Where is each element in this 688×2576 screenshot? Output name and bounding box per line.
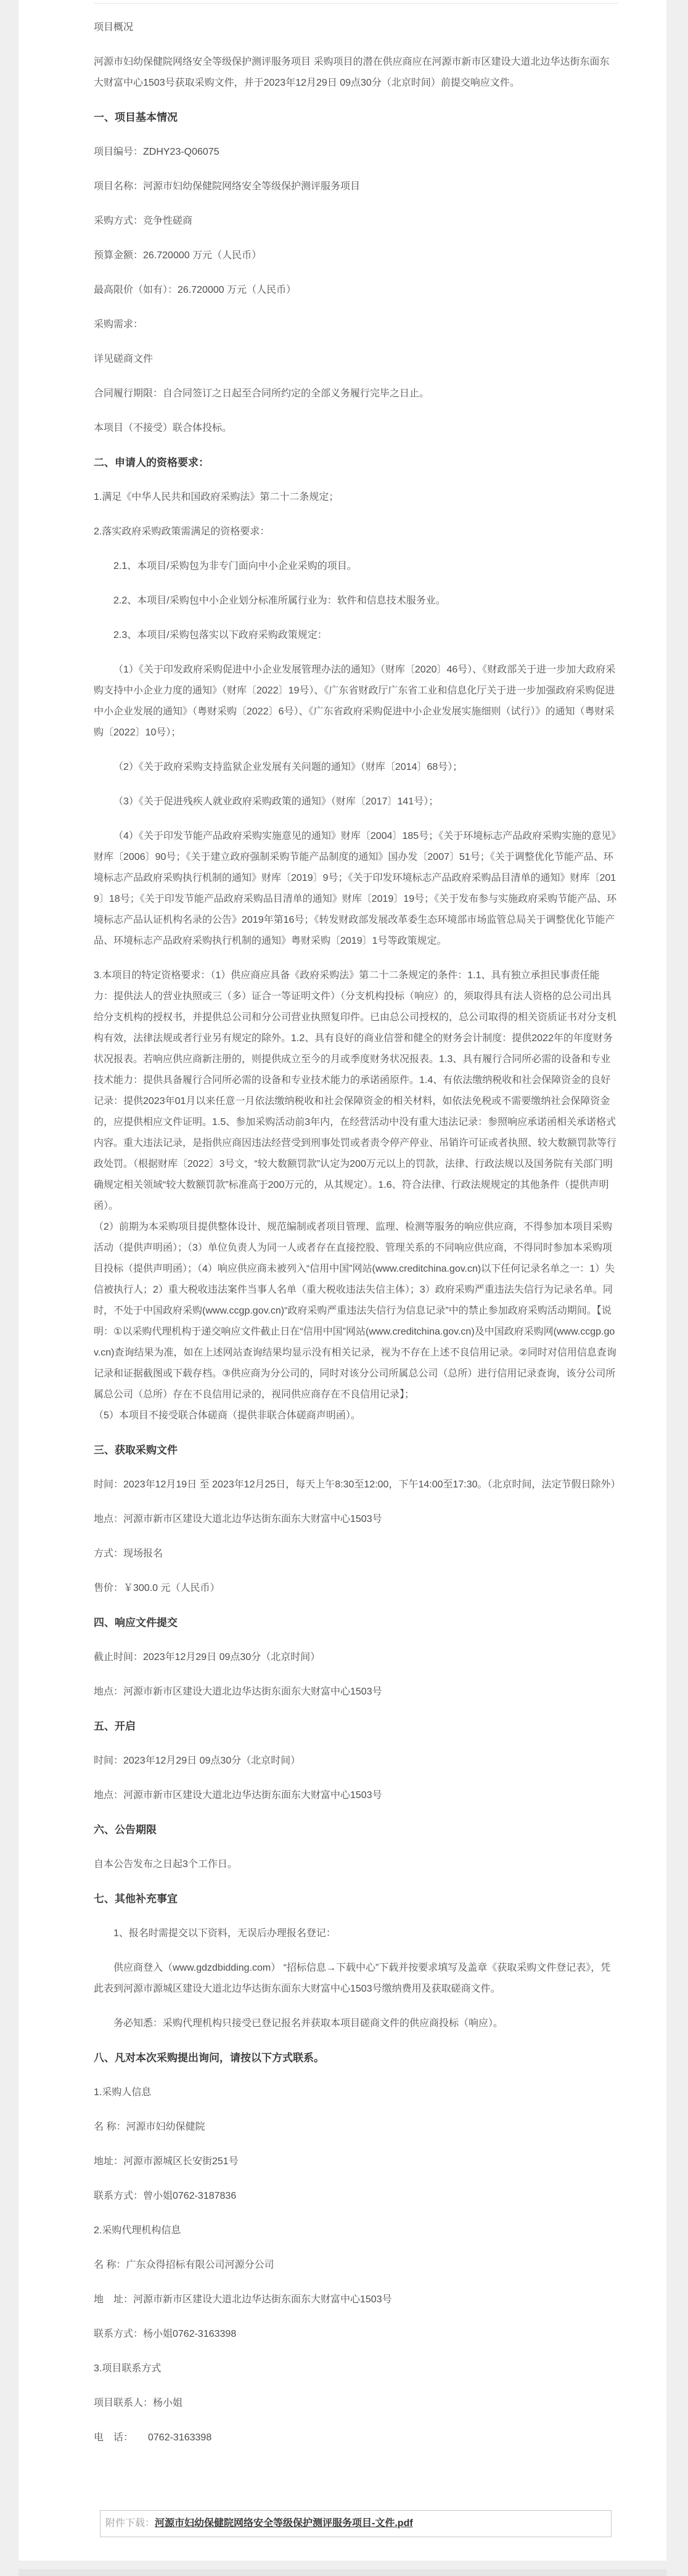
paragraph: 3.本项目的特定资格要求：（1）供应商应具备《政府采购法》第二十二条规定的条件：… bbox=[94, 965, 618, 1426]
footer-bar bbox=[18, 2569, 666, 2576]
paragraph: 地点：河源市新市区建设大道北边华达街东面东大财富中心1503号 bbox=[94, 1509, 618, 1530]
paragraph: 2.2、本项目/采购包中小企业划分标准所属行业为：软件和信息技术服务业。 bbox=[94, 591, 618, 611]
paragraph: 联系方式：杨小姐0762-3163398 bbox=[94, 2324, 618, 2345]
attachment-box: 附件下载：河源市妇幼保健院网络安全等级保护测评服务项目-文件.pdf bbox=[100, 2510, 612, 2537]
paragraph: 详见磋商文件 bbox=[94, 349, 618, 370]
announcement-page: 项目概况河源市妇幼保健院网络安全等级保护测评服务项目 采购项目的潜在供应商应在河… bbox=[18, 0, 666, 2561]
section-heading: 四、响应文件提交 bbox=[94, 1613, 618, 1634]
paragraph: 采购方式：竞争性磋商 bbox=[94, 211, 618, 232]
paragraph: 时间：2023年12月19日 至 2023年12月25日，每天上午8:30至12… bbox=[94, 1474, 618, 1495]
paragraph: 联系方式：曾小姐0762-3187836 bbox=[94, 2186, 618, 2207]
paragraph: 1、报名时需提交以下资料，无误后办理报名登记： bbox=[94, 1923, 618, 1944]
paragraph: 务必知悉：采购代理机构只接受已登记报名并获取本项目磋商文件的供应商投标（响应）。 bbox=[94, 2013, 618, 2034]
paragraph: 合同履行期限：自合同签订之日起至合同所约定的全部义务履行完毕之日止。 bbox=[94, 383, 618, 404]
paragraph: （2）《关于政府采购支持监狱企业发展有关问题的通知》（财库〔2014〕68号）； bbox=[94, 757, 618, 778]
section-heading: 二、申请人的资格要求： bbox=[94, 452, 618, 473]
paragraph: 名 称：广东众得招标有限公司河源分公司 bbox=[94, 2255, 618, 2276]
paragraph: 预算金额：26.720000 万元（人民币） bbox=[94, 245, 618, 266]
paragraph: （1）《关于印发政府采购促进中小企业发展管理办法的通知》（财库〔2020〕46号… bbox=[94, 660, 618, 743]
announcement-body: 项目概况河源市妇幼保健院网络安全等级保护测评服务项目 采购项目的潜在供应商应在河… bbox=[94, 17, 618, 2448]
top-divider bbox=[94, 3, 618, 4]
paragraph: 1.采购人信息 bbox=[94, 2082, 618, 2103]
paragraph: 最高限价（如有）：26.720000 万元（人民币） bbox=[94, 280, 618, 301]
paragraph: 地点：河源市新市区建设大道北边华达街东面东大财富中心1503号 bbox=[94, 1682, 618, 1703]
paragraph: （4）《关于印发节能产品政府采购实施意见的通知》财库〔2004〕185号；《关于… bbox=[94, 826, 618, 952]
paragraph: 地 址：河源市新市区建设大道北边华达街东面东大财富中心1503号 bbox=[94, 2289, 618, 2310]
section-heading: 一、项目基本情况 bbox=[94, 107, 618, 128]
paragraph: 3.项目联系方式 bbox=[94, 2358, 618, 2379]
paragraph: 地点：河源市新市区建设大道北边华达街东面东大财富中心1503号 bbox=[94, 1785, 618, 1806]
paragraph: 2.3、本项目/采购包落实以下政府采购政策规定： bbox=[94, 625, 618, 646]
section-heading: 七、其他补充事宜 bbox=[94, 1889, 618, 1910]
paragraph: 河源市妇幼保健院网络安全等级保护测评服务项目 采购项目的潜在供应商应在河源市新市… bbox=[94, 52, 618, 94]
paragraph: 项目概况 bbox=[94, 17, 618, 38]
paragraph: 方式：现场报名 bbox=[94, 1544, 618, 1564]
paragraph: 供应商登入（www.gdzdbidding.com） “招标信息→下载中心”下载… bbox=[94, 1958, 618, 2000]
paragraph: 2.采购代理机构信息 bbox=[94, 2220, 618, 2241]
paragraph: 1.满足《中华人民共和国政府采购法》第二十二条规定； bbox=[94, 487, 618, 508]
section-heading: 八、凡对本次采购提出询问，请按以下方式联系。 bbox=[94, 2048, 618, 2069]
paragraph: 名 称：河源市妇幼保健院 bbox=[94, 2117, 618, 2138]
paragraph: 本项目（不接受）联合体投标。 bbox=[94, 418, 618, 439]
paragraph: 2.1、本项目/采购包为非专门面向中小企业采购的项目。 bbox=[94, 556, 618, 577]
paragraph: 项目编号：ZDHY23-Q06075 bbox=[94, 142, 618, 163]
section-heading: 三、获取采购文件 bbox=[94, 1440, 618, 1461]
attachment-link[interactable]: 河源市妇幼保健院网络安全等级保护测评服务项目-文件.pdf bbox=[155, 2518, 413, 2529]
section-heading: 五、开启 bbox=[94, 1716, 618, 1737]
paragraph: 截止时间：2023年12月29日 09点30分（北京时间） bbox=[94, 1647, 618, 1668]
paragraph: 售价：￥300.0 元（人民币） bbox=[94, 1578, 618, 1599]
paragraph: 电 话： 0762-3163398 bbox=[94, 2427, 618, 2448]
attachment-label: 附件下载： bbox=[105, 2518, 155, 2529]
paragraph: 2.落实政府采购政策需满足的资格要求： bbox=[94, 521, 618, 542]
section-heading: 六、公告期限 bbox=[94, 1820, 618, 1841]
paragraph: 地址：河源市源城区长安街251号 bbox=[94, 2151, 618, 2172]
paragraph: 项目名称：河源市妇幼保健院网络安全等级保护测评服务项目 bbox=[94, 176, 618, 197]
paragraph: 项目联系人：杨小姐 bbox=[94, 2393, 618, 2414]
paragraph: 自本公告发布之日起3个工作日。 bbox=[94, 1854, 618, 1875]
paragraph: 采购需求： bbox=[94, 314, 618, 335]
paragraph: （3）《关于促进残疾人就业政府采购政策的通知》（财库〔2017〕141号）； bbox=[94, 791, 618, 812]
paragraph: 时间：2023年12月29日 09点30分（北京时间） bbox=[94, 1751, 618, 1772]
